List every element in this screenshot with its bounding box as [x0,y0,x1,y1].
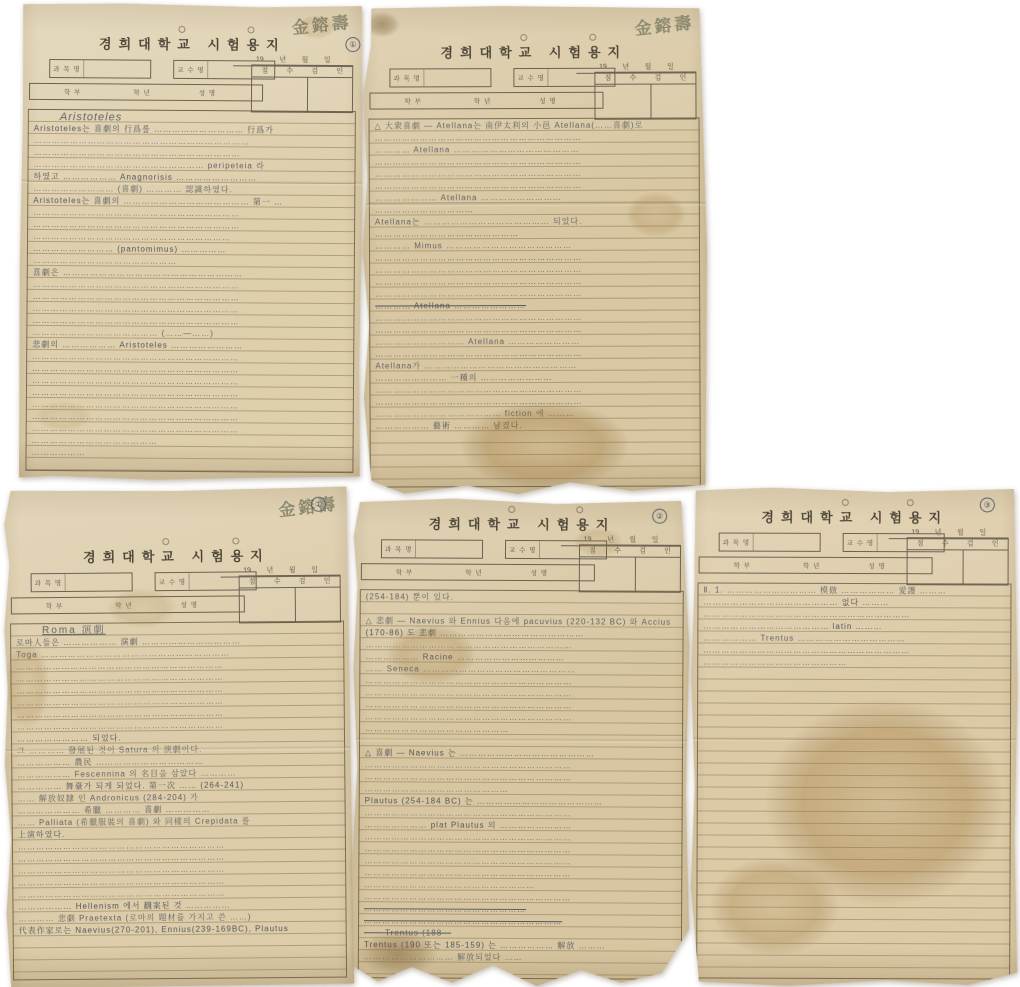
subject-label: 과 목 명 [382,540,417,557]
handwriting-line: …………………………………………………………… [375,347,694,360]
subject-field: 과 목 명 [49,59,151,79]
page-number-badge: ① [311,497,326,512]
handwriting-line: ……………………………………… 없다 ……… [703,596,1005,609]
seal-label: 검 [654,73,661,84]
faculty-label: 학 부 [46,601,63,610]
score-box-divider [963,549,964,584]
handwriting-line: ……………… [31,447,347,461]
handwriting-line: …………………………………………………………… [375,323,694,336]
punch-hole-icon [179,26,186,33]
name-label: 성 명 [531,568,548,577]
exam-sheet-5: 경희대학교 시험용지 ③ 19 년 월 일 점 수 검 인 과 목 명 교 수 … [689,486,1019,987]
exam-sheet-2-paper: 경희대학교 시험용지 金鎔壽 19 년 월 일 점 수 검 인 과 목 명 교 … [361,5,708,495]
subject-field: 과 목 명 [389,68,491,87]
handwriting-line: Ⅱ. 1. ………………………… 模倣 ……………… 愛護 ……… [703,584,1005,597]
year-label: 학 년 [133,88,150,97]
seal-label: 인 [664,546,671,557]
score-label: 수 [286,66,293,77]
student-info-field: 학 부 학 년 성 명 [29,83,263,102]
handwritten-answer-area: AristotelesAristoteles는 喜劇의 行爲를 ……………………… [25,109,356,473]
handwriting-line: ……………… 藝術 ………… 남겼다. [376,419,695,432]
university-title: 경희대학교 시험용지 [691,506,1019,526]
handwriting-line: …………………………………………………………… [703,644,1005,657]
professor-field: 교 수 명 [843,533,945,552]
seal-label: 검 [967,538,974,549]
professor-label: 교 수 명 [506,541,541,558]
handwriting-line: Atellana가 …………………………………………… [375,359,694,372]
punch-hole-icon [589,34,596,41]
page-number-badge: ③ [980,497,995,512]
subject-field: 과 목 명 [719,533,821,552]
page-number-badge: ② [652,509,667,524]
handwriting-line: …………………………………………………………… [375,155,694,168]
handwriting-line: …………………………………………………………… [375,167,694,180]
scanned-document-background: 경희대학교 시험용지 金鎔壽 ① 19 년 월 일 점 수 검 인 과 목 명 … [0,0,1020,987]
handwriting-line: …………………………………………………………… [376,395,695,408]
year-label: 학 년 [465,568,482,577]
name-label: 성 명 [868,561,885,570]
exam-sheet-4-paper: 경희대학교 시험용지 ② 19 년 월 일 점 수 검 인 과 목 명 교 수 … [351,497,692,987]
exam-sheet-5-paper: 경희대학교 시험용지 ③ 19 년 월 일 점 수 검 인 과 목 명 교 수 … [689,486,1019,987]
handwriting-line: ………………………………………… [703,656,1005,669]
professor-label: 교 수 명 [174,61,209,78]
handwriting-line: …………………………………………………………… [375,311,694,324]
subject-field: 과 목 명 [31,572,133,592]
score-box-divider [650,84,651,119]
seal-label: 인 [992,538,999,549]
punch-hole-icon [576,506,583,513]
exam-sheet-4: 경희대학교 시험용지 ② 19 년 월 일 점 수 검 인 과 목 명 교 수 … [351,497,692,987]
score-box-divider [307,77,308,112]
handwriting-line: …………………………………………………………… [375,275,694,288]
student-info-field: 학 부 학 년 성 명 [699,556,933,574]
name-label: 성 명 [539,96,556,105]
handwriting-line: 代表作家로는 Naevius(270-201), Ennius(239-169B… [19,923,341,938]
student-name-signature: 金鎔壽 [633,8,695,39]
subject-label: 과 목 명 [390,69,425,86]
handwriting-line: …………………… 一種의 …………………… [375,371,694,384]
handwriting-line: …………………………………………………………… [703,608,1005,621]
score-box-divider [635,557,636,592]
handwriting-line: ………… Atellana …………………… [375,299,694,312]
score-box-divider [295,587,296,622]
score-label: 수 [629,73,636,84]
handwriting-line: …………………………………… fiction 에 ……… [376,407,695,420]
professor-label: 교 수 명 [156,573,191,590]
handwriting-line: Atellana는 …………………………………… 되었다. [375,215,694,228]
handwritten-answer-area: (254-184) 뿐이 있다.△ 悲劇 — Naevius 와 Ennius … [358,589,684,980]
handwritten-answer-area: Roma 演劇로마人들은 ……………… 演劇 ……………………………Toga …… [10,621,347,981]
student-name-signature: 金鎔壽 [277,490,339,522]
seal-label: 인 [336,66,343,77]
seal-label: 검 [299,576,306,587]
punch-hole-icon [520,34,527,41]
handwriting-line: …………………………………………………………… [375,263,694,276]
year-label: 학 년 [803,561,820,570]
exam-sheet-3-paper: 경희대학교 시험용지 金鎔壽 ① 19 년 월 일 점 수 검 인 과 목 명 … [2,486,354,987]
stain [365,11,401,37]
subject-label: 과 목 명 [50,60,85,77]
name-label: 성 명 [199,88,216,97]
page-number-badge: ① [345,37,360,52]
punch-hole-icon [162,538,169,545]
faculty-label: 학 부 [734,561,751,570]
faculty-label: 학 부 [64,87,81,96]
handwriting-line: …………………………………………………………… [375,179,694,192]
student-info-field: 학 부 학 년 성 명 [11,595,245,614]
name-label: 성 명 [181,600,198,609]
handwriting-line: …………………………………… latin ……… [703,620,1005,633]
handwriting-line: ………………………………………… [375,227,694,240]
subject-label: 과 목 명 [32,574,67,591]
university-title: 경희대학교 시험용지 [353,513,691,534]
professor-field: 교 수 명 [513,68,615,87]
score-label: 수 [614,545,621,556]
handwriting-line: ……………… Trentus ……………………………… [703,632,1005,645]
handwriting-line: △ 大衆喜劇 — Atellana는 南伊太利의 小邑 Atellana(……喜… [375,119,694,132]
seal-label: 인 [324,576,331,587]
subject-label: 과 목 명 [720,534,755,551]
exam-sheet-1-paper: 경희대학교 시험용지 金鎔壽 ① 19 년 월 일 점 수 검 인 과 목 명 … [18,3,363,481]
handwriting-line: ………… Mimus …………………………………… [375,239,694,252]
handwriting-line: …………………………………………………………… [375,131,694,144]
handwriting-line: ………………………… Atellana …………………… [375,335,694,348]
year-label: 학 년 [474,96,491,105]
punch-hole-icon [842,499,849,506]
faculty-label: 학 부 [404,96,421,105]
professor-label: 교 수 명 [844,534,879,551]
seal-label: 인 [679,72,686,83]
professor-field: 교 수 명 [173,60,275,80]
professor-label: 교 수 명 [514,69,549,86]
university-title: 경희대학교 시험용지 [2,544,350,566]
exam-sheet-2: 경희대학교 시험용지 金鎔壽 19 년 월 일 점 수 검 인 과 목 명 교 … [361,5,708,495]
professor-field: 교 수 명 [155,571,257,591]
punch-hole-icon [232,537,239,544]
punch-hole-icon [247,26,254,33]
handwriting-line: ………… Atellana …………………………………… [375,143,694,156]
handwritten-answer-area: Ⅱ. 1. ………………………… 模倣 ……………… 愛護 …………………………… [696,582,1011,979]
seal-label: 검 [311,66,318,77]
exam-sheet-1: 경희대학교 시험용지 金鎔壽 ① 19 년 월 일 점 수 검 인 과 목 명 … [18,3,363,481]
exam-sheet-3: 경희대학교 시험용지 金鎔壽 ① 19 년 월 일 점 수 검 인 과 목 명 … [2,486,354,987]
student-info-field: 학 부 학 년 성 명 [361,563,595,581]
subject-field: 과 목 명 [381,539,483,559]
year-label: 학 년 [115,600,132,609]
university-title: 경희대학교 시험용지 [361,41,706,61]
student-info-field: 학 부 학 년 성 명 [369,92,603,110]
handwriting-line: …………………………………………………………… [375,383,694,396]
punch-hole-icon [509,506,516,513]
handwriting-line: …………………………………………………………… [375,287,694,300]
seal-label: 검 [639,546,646,557]
faculty-label: 학 부 [396,567,413,576]
punch-hole-icon [907,499,914,506]
handwritten-answer-area: △ 大衆喜劇 — Atellana는 南伊太利의 小邑 Atellana(……喜… [369,117,701,487]
handwriting-line: …………………………………………………………… [375,251,694,264]
professor-field: 교 수 명 [505,540,607,560]
handwriting-line: ………………………… 解放되었다 …… [364,951,676,965]
score-label: 수 [274,576,281,587]
